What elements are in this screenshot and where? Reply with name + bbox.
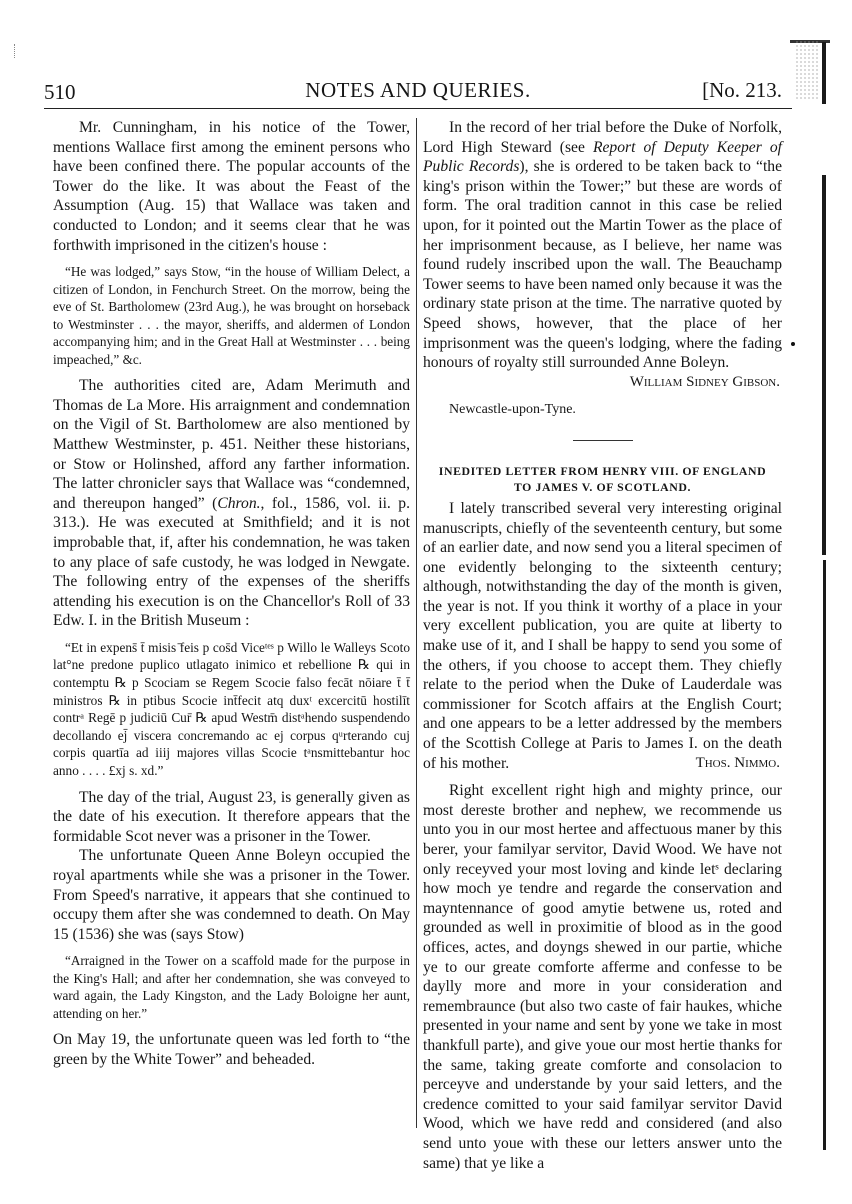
section-divider [573, 440, 633, 441]
text-span: The authorities cited are, Adam Merimuth… [53, 377, 410, 512]
block-quote: “Arraigned in the Tower on a scaffold ma… [53, 952, 410, 1022]
paragraph: The authorities cited are, Adam Merimuth… [53, 376, 410, 631]
right-column: In the record of her trial before the Du… [423, 118, 782, 1173]
binding-edge [822, 175, 826, 555]
letter-paragraph: Right excellent right high and mighty pr… [423, 781, 782, 1173]
paragraph: The unfortunate Queen Anne Boleyn occupi… [53, 846, 410, 944]
page-header: 510 NOTES AND QUERIES. [No. 213. [44, 78, 792, 104]
scan-speckle [795, 40, 820, 100]
text-span: ), she is ordered to be taken back to “t… [423, 158, 782, 371]
article-title-line: Inedited letter from Henry VIII. of Engl… [423, 463, 782, 479]
paragraph: Mr. Cunningham, in his notice of the Tow… [53, 118, 410, 255]
running-title: NOTES AND QUERIES. [44, 78, 792, 103]
place-line: Newcastle-upon-Tyne. [423, 400, 782, 420]
paragraph: In the record of her trial before the Du… [423, 118, 782, 373]
binding-edge [822, 42, 826, 104]
left-column: Mr. Cunningham, in his notice of the Tow… [53, 118, 410, 1070]
article-title-line: to James V. of Scotland. [423, 479, 782, 495]
paragraph: The day of the trial, August 23, is gene… [53, 788, 410, 847]
text-span: , fol., 1586, vol. ii. p. 313.). He was … [53, 495, 410, 630]
paragraph: I lately transcribed several very intere… [423, 499, 782, 773]
issue-number: [No. 213. [702, 78, 782, 103]
signature: William Sidney Gibson. [423, 373, 782, 393]
paragraph: On May 19, the unfortunate queen was led… [53, 1030, 410, 1069]
binding-edge [823, 560, 826, 1150]
block-quote: “He was lodged,” says Stow, “in the hous… [53, 263, 410, 368]
header-rule [44, 108, 792, 109]
italic-citation: Chron. [217, 495, 260, 512]
latin-quote: “Et in expens̄ t̄ misis ̄feis p cos̄d Vi… [53, 639, 410, 780]
ink-dot [791, 342, 795, 346]
article-title: Inedited letter from Henry VIII. of Engl… [423, 463, 782, 495]
column-divider [416, 118, 417, 1128]
stray-ink-mark [14, 44, 17, 58]
